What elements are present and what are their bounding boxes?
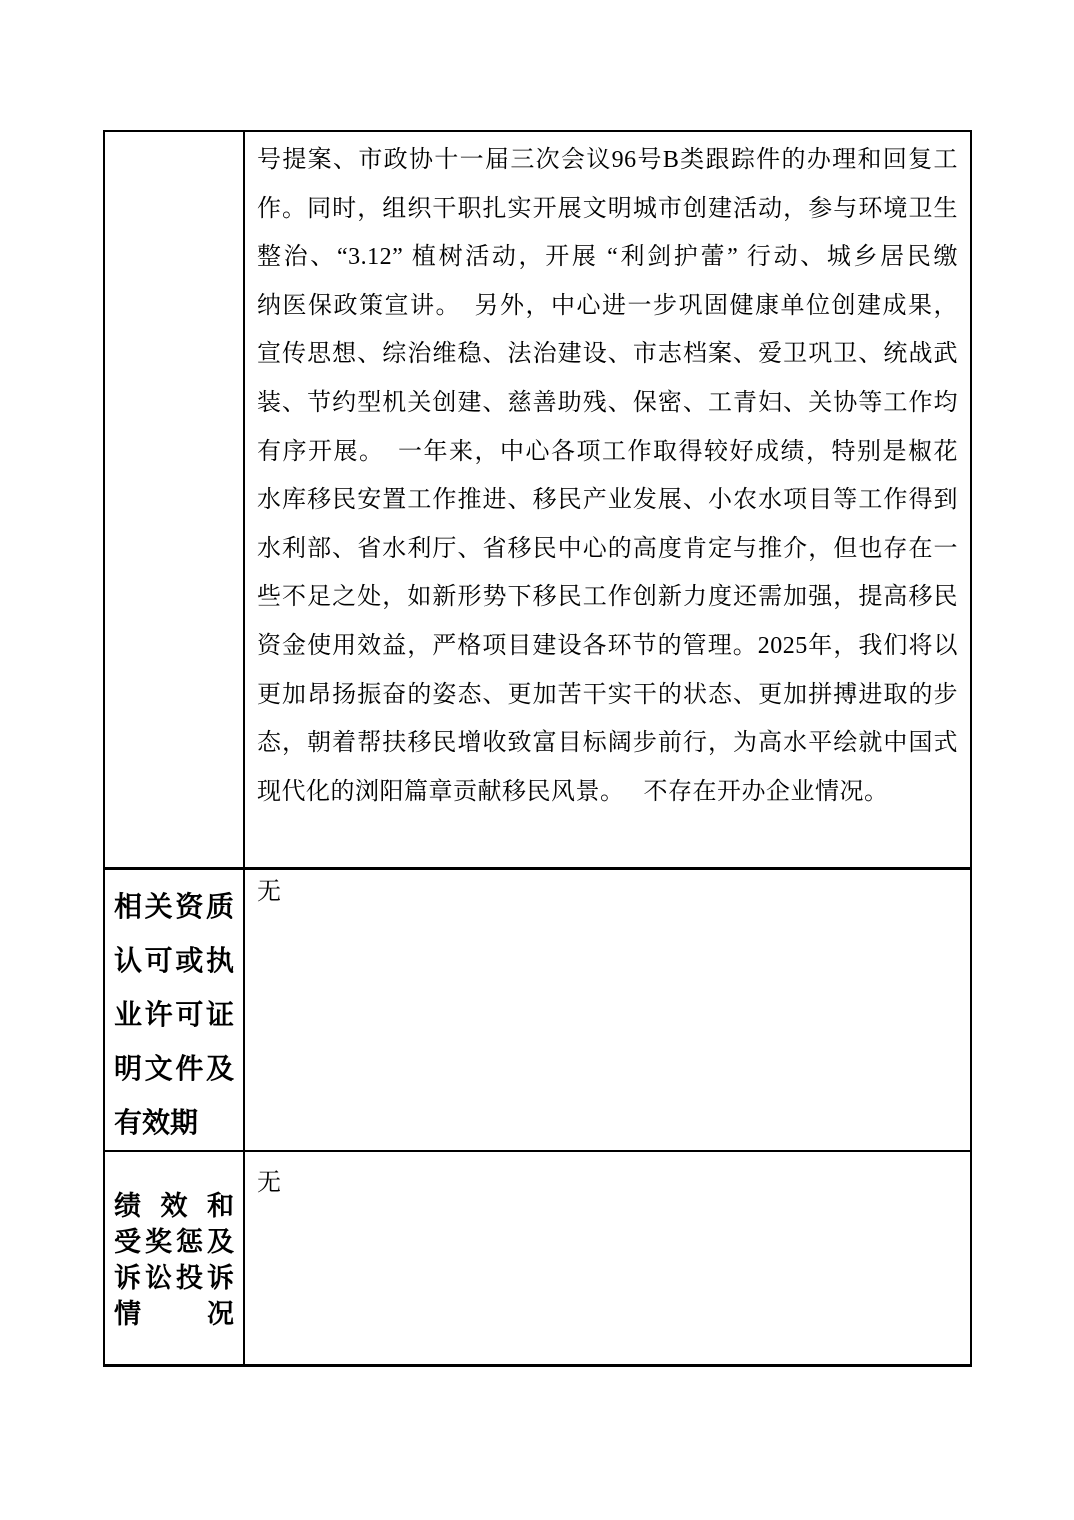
performance-label-cell: 绩效和 受奖惩及 诉讼投诉 情况 [105, 1152, 245, 1364]
business-summary-label-cell-empty [105, 132, 245, 867]
row-business-summary: 号提案、市政协十一届三次会议96号B类跟踪件的办理和回复工 作。同时，组织干职扎… [105, 132, 970, 867]
label-line: 业许可证 [114, 989, 234, 1043]
report-line: 整治、“3.12” 植树活动，开展 “利剑护蕾” 行动、城乡居民缴 [257, 233, 958, 282]
label-line: 情况 [114, 1296, 234, 1332]
label-line: 受奖惩及 [114, 1224, 234, 1260]
performance-content-cell: 无 [245, 1152, 970, 1364]
label-line: 诉讼投诉 [114, 1260, 234, 1296]
label-line: 认可或执 [114, 935, 234, 989]
report-line: 态，朝着帮扶移民增收致富目标阔步前行，为高水平绘就中国式 [257, 719, 958, 768]
report-line: 纳医保政策宣讲。 另外，中心进一步巩固健康单位创建成果， [257, 282, 958, 331]
report-line: 些不足之处，如新形势下移民工作创新力度还需加强，提高移民 [257, 573, 958, 622]
qualification-value: 无 [245, 870, 970, 907]
report-line: 水利部、省水利厅、省移民中心的高度肯定与推介，但也存在一 [257, 525, 958, 574]
report-line: 宣传思想、综治维稳、法治建设、市志档案、爱卫巩卫、统战武 [257, 330, 958, 379]
label-line: 有效期 [114, 1097, 234, 1150]
report-line: 号提案、市政协十一届三次会议96号B类跟踪件的办理和回复工 [257, 136, 958, 185]
row-qualification-certificates: 相关资质 认可或执 业许可证 明文件及 有效期 无 [105, 867, 970, 1150]
label-line: 绩效和 [114, 1188, 234, 1224]
annual-report-table: 号提案、市政协十一届三次会议96号B类跟踪件的办理和回复工 作。同时，组织干职扎… [103, 130, 972, 1367]
report-line: 更加昂扬振奋的姿态、更加苦干实干的状态、更加拼搏进取的步 [257, 671, 958, 720]
report-line: 装、节约型机关创建、慈善助残、保密、工青妇、关协等工作均 [257, 379, 958, 428]
performance-value: 无 [245, 1152, 970, 1198]
business-summary-content-cell: 号提案、市政协十一届三次会议96号B类跟踪件的办理和回复工 作。同时，组织干职扎… [245, 132, 970, 867]
label-line: 明文件及 [114, 1043, 234, 1097]
qualification-label: 相关资质 认可或执 业许可证 明文件及 有效期 [105, 870, 243, 1150]
performance-label: 绩效和 受奖惩及 诉讼投诉 情况 [105, 1152, 243, 1332]
label-line: 相关资质 [114, 881, 234, 935]
report-line: 水库移民安置工作推进、移民产业发展、小农水项目等工作得到 [257, 476, 958, 525]
qualification-content-cell: 无 [245, 870, 970, 1150]
report-line: 有序开展。 一年来，中心各项工作取得较好成绩，特别是椒花 [257, 428, 958, 477]
row-performance-awards: 绩效和 受奖惩及 诉讼投诉 情况 无 [105, 1150, 970, 1364]
qualification-label-cell: 相关资质 认可或执 业许可证 明文件及 有效期 [105, 870, 245, 1150]
report-line: 资金使用效益，严格项目建设各环节的管理。2025年，我们将以 [257, 622, 958, 671]
report-line: 作。同时，组织干职扎实开展文明城市创建活动，参与环境卫生 [257, 185, 958, 234]
report-line: 现代化的浏阳篇章贡献移民风景。 不存在开办企业情况。 [257, 768, 958, 817]
business-summary-paragraph: 号提案、市政协十一届三次会议96号B类跟踪件的办理和回复工 作。同时，组织干职扎… [245, 132, 970, 816]
